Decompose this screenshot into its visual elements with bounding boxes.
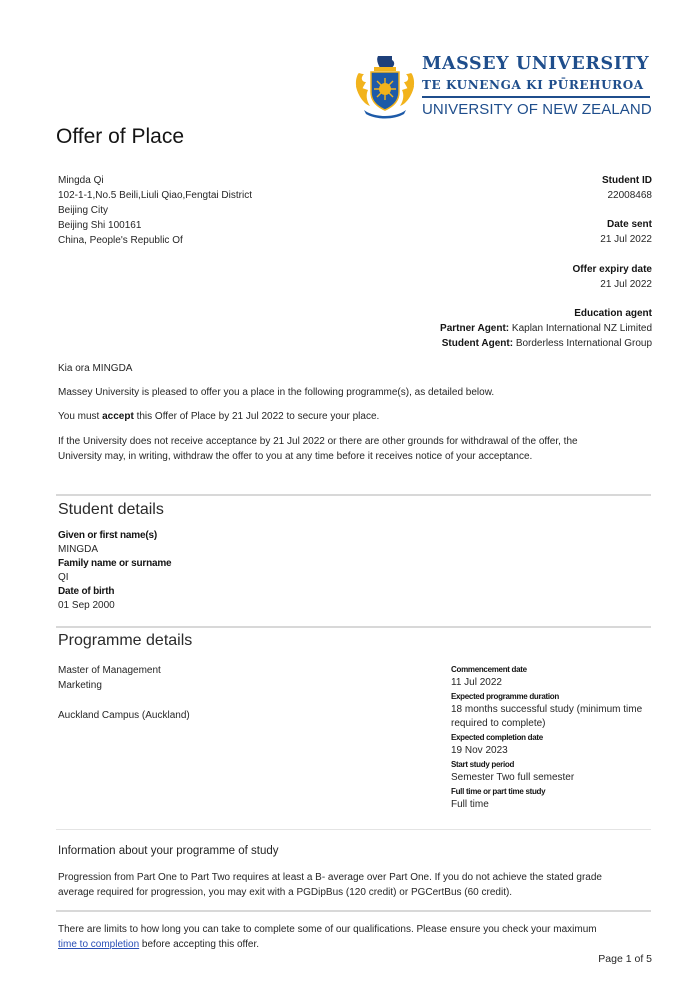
field-value: Semester Two full semester (451, 771, 651, 785)
time-to-completion-link[interactable]: time to completion (58, 939, 139, 950)
field-value: 18 months successful study (minimum time… (451, 703, 651, 731)
programme-details-heading: Programme details (58, 632, 192, 650)
logo-university-name: MASSEY UNIVERSITY (422, 54, 654, 74)
address-line: Beijing Shi 100161 (58, 218, 252, 233)
accept-text-post: this Offer of Place by 21 Jul 2022 to se… (134, 411, 380, 422)
offer-expiry-value: 21 Jul 2022 (573, 277, 652, 292)
logo-wordmark: MASSEY UNIVERSITY TE KUNENGA KI PŪREHURO… (422, 54, 654, 119)
partner-agent-label: Partner Agent: (440, 323, 509, 334)
field-label: Start study period (451, 759, 651, 771)
education-agent-label: Education agent (440, 306, 652, 321)
accept-text-bold: accept (102, 411, 134, 422)
page-number: Page 1 of 5 (598, 953, 652, 965)
section-divider (56, 626, 651, 628)
student-agent-row: Student Agent: Borderless International … (440, 336, 652, 351)
field-value: 19 Nov 2023 (451, 744, 651, 758)
date-sent-block: Date sent 21 Jul 2022 (600, 217, 652, 247)
accept-text-pre: You must (58, 411, 102, 422)
partner-agent-row: Partner Agent: Kaplan International NZ L… (440, 321, 652, 336)
student-details-fields: Given or first name(s) MINGDA Family nam… (58, 529, 171, 613)
limits-line: There are limits to how long you can tak… (58, 922, 658, 937)
logo-tagline: UNIVERSITY OF NEW ZEALAND (422, 101, 654, 119)
recipient-name: Mingda Qi (58, 173, 252, 188)
student-details-heading: Student details (58, 501, 164, 519)
offer-expiry-block: Offer expiry date 21 Jul 2022 (573, 262, 652, 292)
programme-info-heading: Information about your programme of stud… (58, 845, 279, 857)
student-id-label: Student ID (602, 173, 652, 188)
offer-expiry-label: Offer expiry date (573, 262, 652, 277)
offer-letter-page: MASSEY UNIVERSITY TE KUNENGA KI PŪREHURO… (0, 0, 700, 985)
withdrawal-line: University may, in writing, withdraw the… (58, 449, 658, 464)
education-agent-block: Education agent Partner Agent: Kaplan In… (440, 306, 652, 351)
programme-dates: Commencement date 11 Jul 2022 Expected p… (451, 664, 651, 813)
limits-line: time to completion before accepting this… (58, 937, 658, 952)
field-value: Full time (451, 798, 651, 812)
recipient-address: Mingda Qi 102-1-1,No.5 Beili,Liuli Qiao,… (58, 173, 252, 248)
programme-major: Marketing (58, 678, 190, 693)
student-agent-value: Borderless International Group (516, 338, 652, 349)
student-id-value: 22008468 (602, 188, 652, 203)
address-line: 102-1-1,No.5 Beili,Liuli Qiao,Fengtai Di… (58, 188, 252, 203)
programme-campus: Auckland Campus (Auckland) (58, 708, 190, 723)
address-line: China, People's Republic Of (58, 233, 252, 248)
date-sent-label: Date sent (600, 217, 652, 232)
accept-paragraph: You must accept this Offer of Place by 2… (58, 409, 658, 424)
progression-line: Progression from Part One to Part Two re… (58, 870, 658, 885)
field-label: Date of birth (58, 585, 171, 599)
student-id-block: Student ID 22008468 (602, 173, 652, 203)
programme-name: Master of Management (58, 663, 190, 678)
field-label: Family name or surname (58, 557, 171, 571)
date-sent-value: 21 Jul 2022 (600, 232, 652, 247)
logo-divider (422, 96, 650, 98)
field-label: Given or first name(s) (58, 529, 171, 543)
logo-maori-name: TE KUNENGA KI PŪREHUROA (422, 77, 654, 93)
greeting: Kia ora MINGDA (58, 361, 658, 376)
field-value: 11 Jul 2022 (451, 676, 651, 690)
field-label: Expected completion date (451, 732, 651, 744)
massey-university-logo: MASSEY UNIVERSITY TE KUNENGA KI PŪREHURO… (354, 52, 654, 122)
progression-line: average required for progression, you ma… (58, 885, 658, 900)
section-divider (56, 910, 651, 912)
field-value: MINGDA (58, 543, 171, 557)
spacer (58, 693, 190, 708)
page-title: Offer of Place (56, 125, 184, 149)
section-divider (56, 829, 651, 830)
withdrawal-paragraph: If the University does not receive accep… (58, 434, 658, 464)
university-crest-icon (354, 52, 416, 120)
field-value: QI (58, 571, 171, 585)
address-line: Beijing City (58, 203, 252, 218)
field-label: Expected programme duration (451, 691, 651, 703)
limits-paragraph: There are limits to how long you can tak… (58, 922, 658, 952)
field-label: Full time or part time study (451, 786, 651, 798)
withdrawal-line: If the University does not receive accep… (58, 434, 658, 449)
field-label: Commencement date (451, 664, 651, 676)
field-value: 01 Sep 2000 (58, 599, 171, 613)
limits-text-post: before accepting this offer. (139, 939, 259, 950)
partner-agent-value: Kaplan International NZ Limited (512, 323, 652, 334)
student-agent-label: Student Agent: (442, 338, 513, 349)
programme-info: Master of Management Marketing Auckland … (58, 663, 190, 723)
section-divider (56, 494, 651, 496)
progression-paragraph: Progression from Part One to Part Two re… (58, 870, 658, 900)
intro-paragraph: Massey University is pleased to offer yo… (58, 385, 658, 400)
